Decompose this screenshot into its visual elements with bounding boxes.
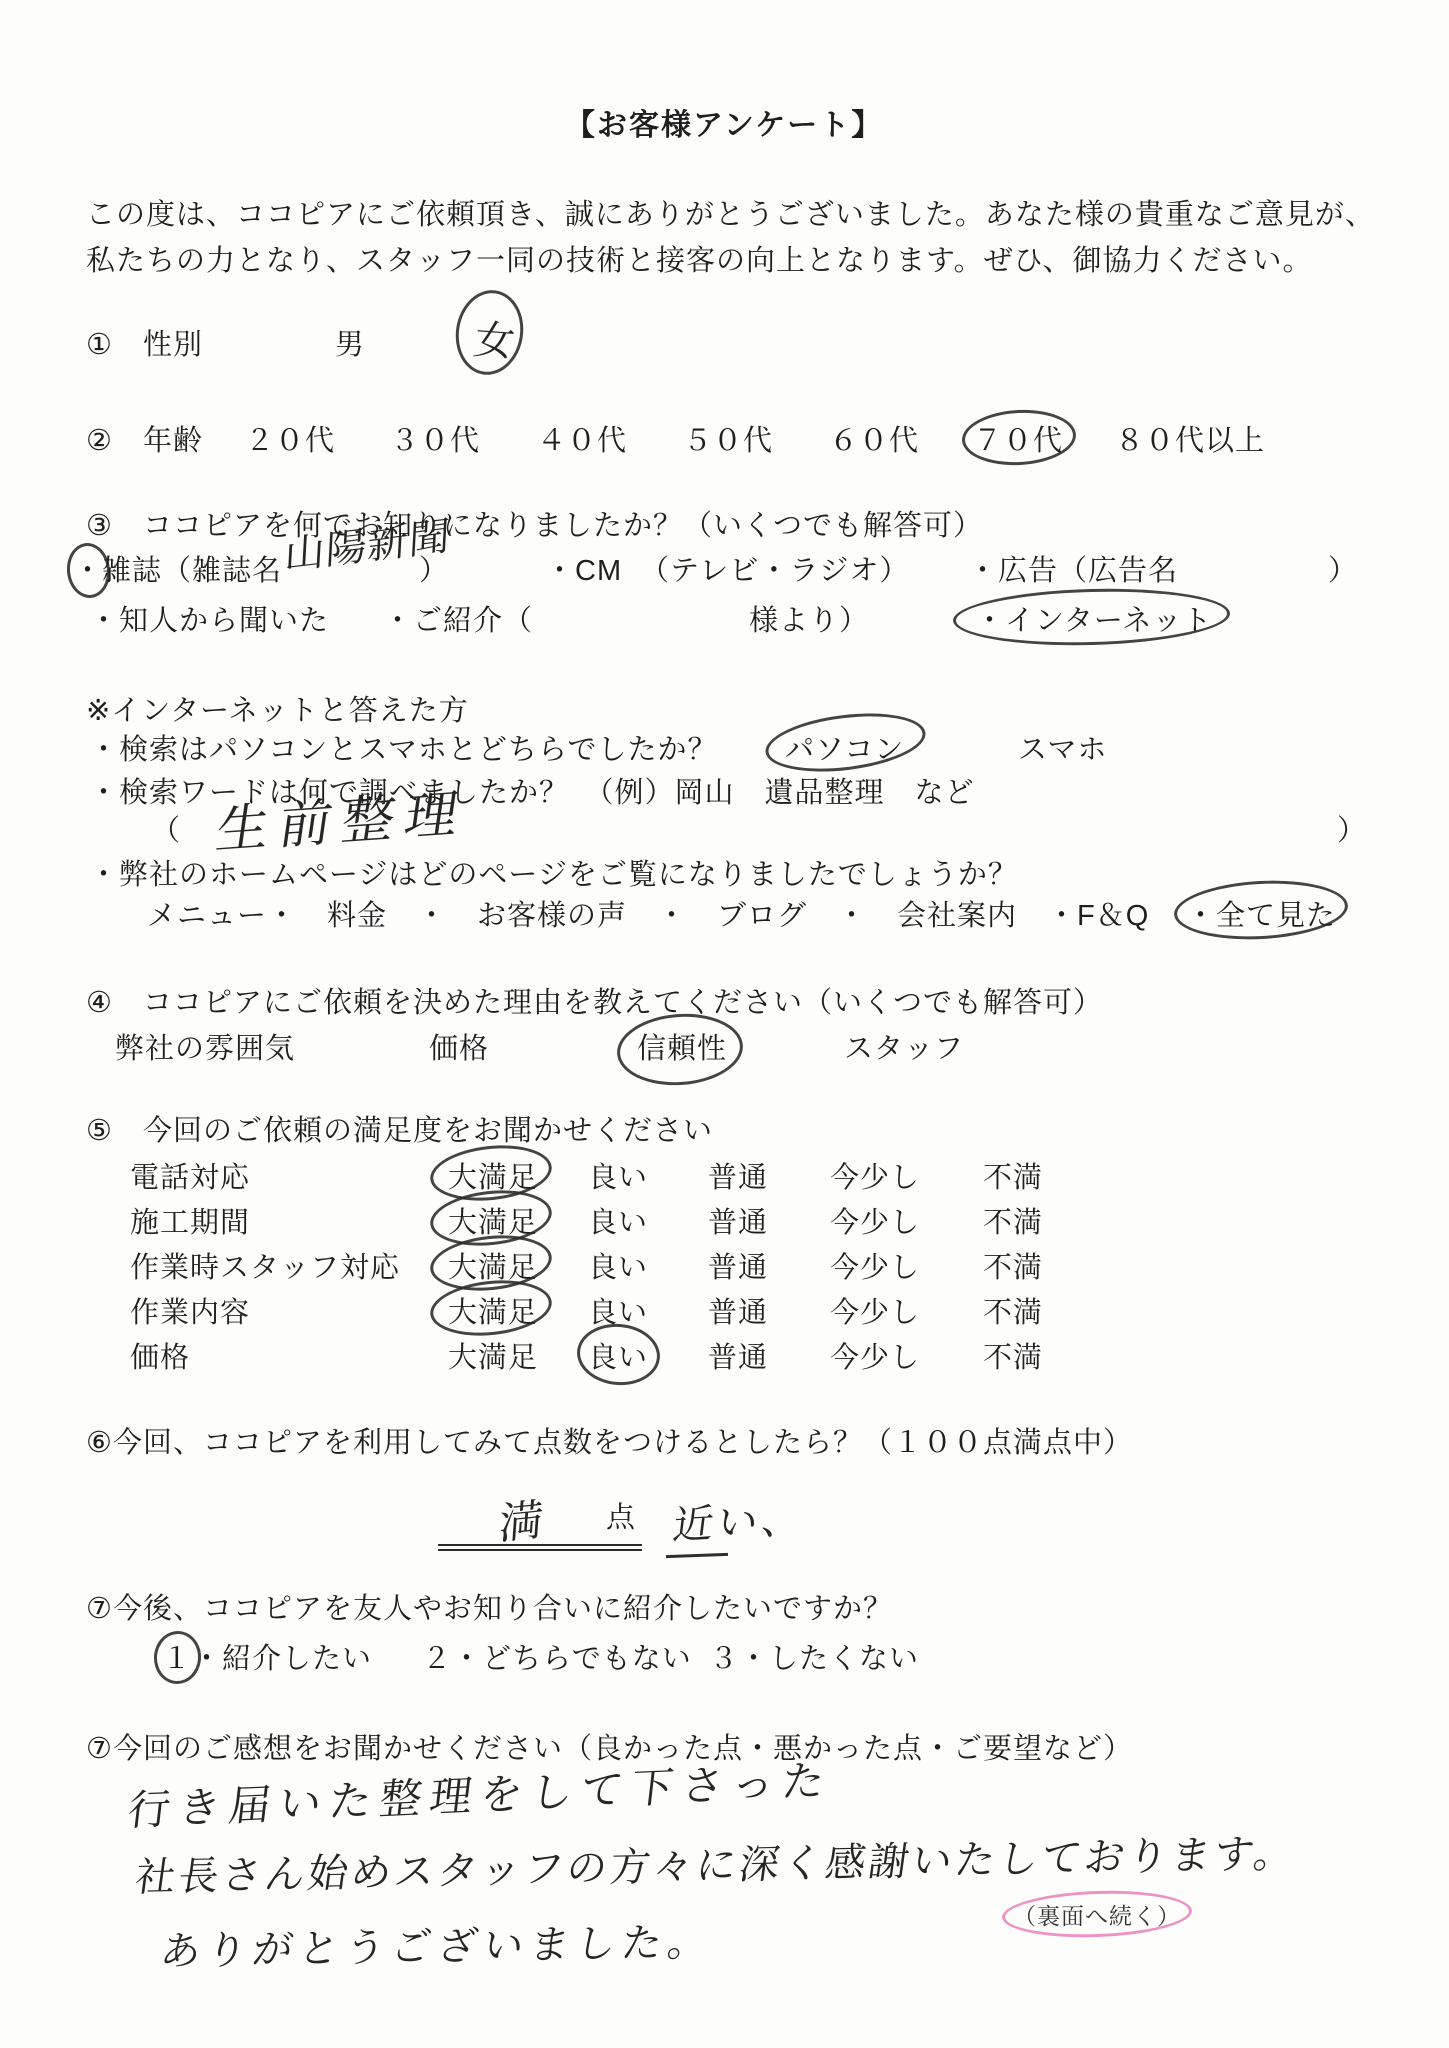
q5-cell: 普通 bbox=[708, 1200, 768, 1241]
q5-cell: 不満 bbox=[983, 1155, 1043, 1196]
q5-cell: 今少し bbox=[830, 1200, 920, 1241]
q5-row-name: 電話対応 bbox=[130, 1155, 250, 1196]
q5-row1-daimanzoku-selected: 大満足 bbox=[448, 1155, 538, 1196]
q5-cell: 不満 bbox=[983, 1200, 1043, 1241]
q3-cm-detail: （テレビ・ラジオ） bbox=[640, 548, 909, 589]
q6-answer-after: 近い、 bbox=[670, 1494, 802, 1551]
q5-row2-circle: 大満足 bbox=[448, 1200, 538, 1241]
q1-answer-female: 女 bbox=[470, 308, 511, 365]
q2-option-40s: ４０代 bbox=[537, 418, 627, 459]
q3-magazine-close: ） bbox=[419, 548, 449, 589]
q6-label: ⑥今回、ココピアを利用してみて点数をつけるとしたら？（１００点満点中） bbox=[86, 1420, 1133, 1461]
q7-option3: ３・したくない bbox=[709, 1636, 919, 1677]
q3-friend-label: ・知人から聞いた bbox=[89, 598, 329, 639]
internet-header: ※インターネットと答えた方 bbox=[86, 688, 469, 729]
q5-row4-daimanzoku-selected: 大満足 bbox=[448, 1290, 538, 1331]
q7-label: ⑦今後、ココピアを友人やお知り合いに紹介したいですか？ bbox=[86, 1586, 893, 1627]
q5-row3-circle: 大満足 bbox=[448, 1245, 538, 1286]
q8-comment-line-3: ありがとうございました。 bbox=[157, 1920, 709, 1977]
q5-row-name: 施工期間 bbox=[130, 1200, 250, 1241]
internet-device-question: ・検索はパソコンとスマホとどちらでしたか？ bbox=[89, 727, 718, 768]
continue-note-circle: （裏面へ続く） bbox=[1013, 1898, 1181, 1932]
q3-magazine-label: 雑誌（雑誌名 bbox=[102, 548, 282, 589]
q8-comment-line-2: 社長さん始めスタッフの方々に深く感謝いたしております。 bbox=[132, 1846, 1290, 1903]
q5-label: ⑤ 今回のご依頼の満足度をお聞かせください bbox=[86, 1108, 713, 1149]
q5-cell: 今少し bbox=[830, 1290, 920, 1331]
q5-cell: 良い bbox=[588, 1200, 648, 1241]
q1-female-circle: 女 bbox=[470, 308, 511, 365]
q5-cell: 普通 bbox=[708, 1290, 768, 1331]
q4-label: ④ ココピアにご依頼を決めた理由を教えてください（いくつでも解答可） bbox=[86, 980, 1103, 1021]
q3-internet-selected: ・インターネット bbox=[975, 598, 1212, 639]
q5-cell: 今少し bbox=[830, 1335, 920, 1376]
internet-device-smartphone: スマホ bbox=[1018, 727, 1107, 768]
q5-cell: 大満足 bbox=[448, 1335, 538, 1376]
q5-cell: 普通 bbox=[708, 1245, 768, 1286]
q3-ad-label: ・広告（広告名 bbox=[968, 548, 1178, 589]
q4-option-trust-selected: 信頼性 bbox=[637, 1026, 727, 1067]
q5-cell: 今少し bbox=[830, 1245, 920, 1286]
q1-option-male: 男 bbox=[335, 322, 365, 363]
q2-label: ② 年齢 bbox=[86, 418, 203, 459]
q5-cell: 不満 bbox=[983, 1245, 1043, 1286]
q5-row-name: 価格 bbox=[130, 1335, 190, 1376]
q5-row-name: 作業時スタッフ対応 bbox=[130, 1245, 400, 1286]
q5-row-name: 作業内容 bbox=[130, 1290, 250, 1331]
q6-score-unit: 点 bbox=[600, 1495, 642, 1551]
q3-referral-suffix: 様より） bbox=[749, 598, 869, 639]
internet-device-pc-selected: パソコン bbox=[785, 727, 904, 768]
q3-referral-label: ・ご紹介（ bbox=[383, 598, 533, 639]
q3-label: ③ ココピアを何でお知りになりましたか？（いくつでも解答可） bbox=[86, 503, 983, 544]
q5-row2-daimanzoku-selected: 大満足 bbox=[448, 1200, 538, 1241]
q5-cell: 今少し bbox=[830, 1155, 920, 1196]
q3-magazine-circle: ・ bbox=[73, 548, 103, 589]
q5-row5-good-selected: 良い bbox=[588, 1335, 648, 1376]
intro-line-2: 私たちの力となり、スタッフ一同の技術と接客の向上となります。ぜひ、御協力ください… bbox=[86, 238, 1313, 279]
q5-row3-daimanzoku-selected: 大満足 bbox=[448, 1245, 538, 1286]
q3-cm-label: ・CM bbox=[545, 548, 622, 589]
q2-option-20s: ２０代 bbox=[245, 418, 335, 459]
q2-option-60s: ６０代 bbox=[829, 418, 919, 459]
q4-option-price: 価格 bbox=[429, 1026, 489, 1067]
q7-option1-text: ・紹介したい bbox=[192, 1643, 372, 1675]
q5-cell: 普通 bbox=[708, 1335, 768, 1376]
q5-row4-circle: 大満足 bbox=[448, 1290, 538, 1331]
internet-page-options: メニュー・ 料金 ・ お客様の声 ・ ブログ ・ 会社案内 ・F＆Q bbox=[147, 893, 1179, 934]
q3-ad-close: ） bbox=[1328, 548, 1358, 589]
page-title: 【お客様アンケート】 bbox=[565, 100, 883, 144]
q2-option-30s: ３０代 bbox=[390, 418, 480, 459]
q6-answer: 満点近い、 bbox=[438, 1488, 802, 1551]
q5-cell: 良い bbox=[588, 1290, 648, 1331]
q5-cell: 普通 bbox=[708, 1155, 768, 1196]
q6-score-blank: 満 bbox=[438, 1488, 600, 1551]
intro-line-1: この度は、ココピアにご依頼頂き、誠にありがとうございました。あなた様の貴重なご意… bbox=[86, 192, 1375, 233]
q2-option-80s: ８０代以上 bbox=[1115, 418, 1265, 459]
survey-sheet: 【お客様アンケート】 この度は、ココピアにご依頼頂き、誠にありがとうございました… bbox=[0, 0, 1449, 2048]
q3-internet-circle: ・インターネット bbox=[975, 598, 1212, 639]
internet-keyword-open: （ bbox=[151, 808, 181, 849]
q2-70s-circle: ７０代 bbox=[973, 418, 1063, 459]
q5-row1-circle: 大満足 bbox=[448, 1155, 538, 1196]
q8-comment-line-1: 行き届いた整理をして下さった bbox=[125, 1778, 825, 1838]
q5-cell: 不満 bbox=[983, 1335, 1043, 1376]
q7-option1-circle: １ bbox=[162, 1636, 192, 1677]
q2-option-50s: ５０代 bbox=[683, 418, 773, 459]
q4-trust-circle: 信頼性 bbox=[637, 1026, 727, 1067]
q1-label: ① 性別 bbox=[86, 322, 203, 363]
internet-page-question: ・弊社のホームページはどのページをご覧になりましたでしょうか？ bbox=[89, 852, 1018, 893]
q5-row5-circle: 良い bbox=[588, 1335, 648, 1376]
q4-option-staff: スタッフ bbox=[844, 1026, 964, 1067]
internet-page-all-selected: ・全て見た bbox=[1186, 893, 1336, 934]
q5-cell: 良い bbox=[588, 1155, 648, 1196]
q8-continue-note: （裏面へ続く） bbox=[1013, 1898, 1181, 1932]
internet-all-circle: ・全て見た bbox=[1186, 893, 1336, 934]
q5-cell: 良い bbox=[588, 1245, 648, 1286]
internet-pc-circle: パソコン bbox=[785, 727, 904, 768]
internet-keyword-close: ） bbox=[1337, 808, 1367, 849]
q3-magazine-bullet-selected: ・ bbox=[73, 548, 103, 589]
q4-option-atmosphere: 弊社の雰囲気 bbox=[115, 1026, 295, 1067]
q2-option-70s-selected: ７０代 bbox=[973, 418, 1063, 459]
q7-option1-selected: １・紹介したい bbox=[162, 1636, 372, 1677]
q5-cell: 不満 bbox=[983, 1290, 1043, 1331]
q7-option2: ２・どちらでもない bbox=[422, 1636, 692, 1677]
